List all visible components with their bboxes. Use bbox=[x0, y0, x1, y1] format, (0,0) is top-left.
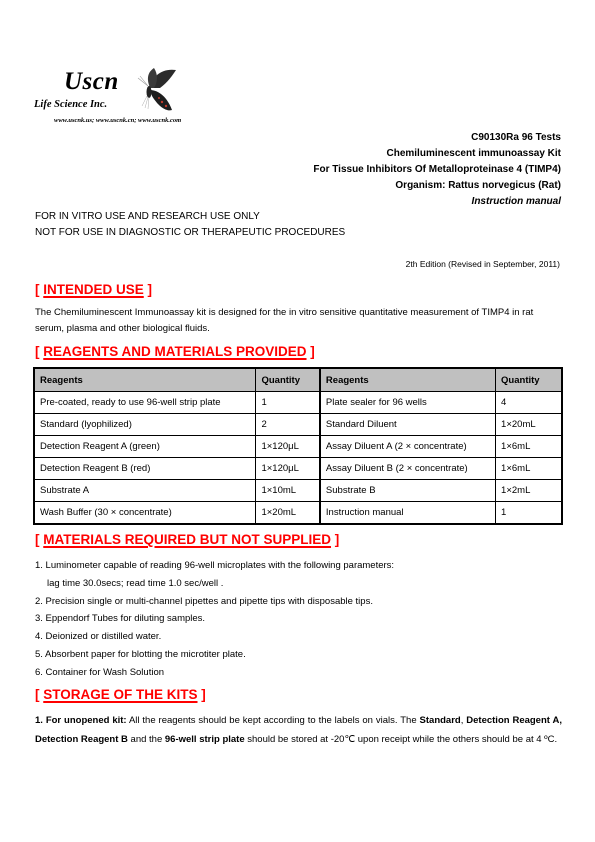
table-row: Detection Reagent B (red)1×120μLAssay Di… bbox=[35, 458, 562, 480]
section-title-reagents: [ REAGENTS AND MATERIALS PROVIDED ] bbox=[35, 344, 315, 359]
logo-urls: www.uscnk.us; www.uscnk.cn; www.uscnk.co… bbox=[54, 117, 181, 124]
intended-use-text: The Chemiluminescent Immunoassay kit is … bbox=[35, 305, 563, 337]
header-reagents: Reagents bbox=[320, 369, 496, 392]
reagent-name: Standard Diluent bbox=[320, 414, 496, 436]
materials-list: 1. Luminometer capable of reading 96-wel… bbox=[35, 557, 394, 682]
reagent-quantity: 1×10mL bbox=[256, 480, 320, 502]
list-item: 1. Luminometer capable of reading 96-wel… bbox=[35, 557, 394, 575]
table-row: Standard (lyophilized)2Standard Diluent1… bbox=[35, 414, 562, 436]
reagent-quantity: 2 bbox=[256, 414, 320, 436]
section-title-materials: [ MATERIALS REQUIRED BUT NOT SUPPLIED ] bbox=[35, 532, 339, 547]
catalog-number: C90130Ra 96 Tests bbox=[313, 130, 561, 146]
reagent-quantity: 1×2mL bbox=[496, 480, 562, 502]
header-quantity: Quantity bbox=[496, 369, 562, 392]
reagent-name: Plate sealer for 96 wells bbox=[320, 392, 496, 414]
reagent-name: Detection Reagent B (red) bbox=[35, 458, 256, 480]
notice-line-2: NOT FOR USE IN DIAGNOSTIC OR THERAPEUTIC… bbox=[35, 225, 345, 241]
list-item: 3. Eppendorf Tubes for diluting samples. bbox=[35, 610, 394, 628]
table-header-row: Reagents Quantity Reagents Quantity bbox=[35, 369, 562, 392]
section-title-intended-use: [ INTENDED USE ] bbox=[35, 282, 152, 297]
reagent-quantity: 1×120μL bbox=[256, 458, 320, 480]
edition-info: 2th Edition (Revised in September, 2011) bbox=[406, 259, 560, 269]
header-reagents: Reagents bbox=[35, 369, 256, 392]
reagent-quantity: 1×20mL bbox=[256, 502, 320, 524]
section-title-storage: [ STORAGE OF THE KITS ] bbox=[35, 687, 206, 702]
kit-type: Chemiluminescent immunoassay Kit bbox=[313, 146, 561, 162]
section-title-text: REAGENTS AND MATERIALS PROVIDED bbox=[43, 344, 306, 359]
list-item: 6. Container for Wash Solution bbox=[35, 664, 394, 682]
organism: Organism: Rattus norvegicus (Rat) bbox=[313, 178, 561, 194]
reagent-name: Instruction manual bbox=[320, 502, 496, 524]
reagent-quantity: 1×120μL bbox=[256, 436, 320, 458]
reagent-quantity: 1×6mL bbox=[496, 436, 562, 458]
list-item: 2. Precision single or multi-channel pip… bbox=[35, 593, 394, 611]
storage-paragraph: 1. For unopened kit: All the reagents sh… bbox=[35, 711, 562, 749]
reagent-name: Wash Buffer (30 × concentrate) bbox=[35, 502, 256, 524]
table-row: Substrate A1×10mLSubstrate B1×2mL bbox=[35, 480, 562, 502]
storage-lead: 1. For unopened kit: bbox=[35, 715, 127, 726]
kit-target: For Tissue Inhibitors Of Metalloproteina… bbox=[313, 162, 561, 178]
table-row: Detection Reagent A (green)1×120μLAssay … bbox=[35, 436, 562, 458]
reagent-quantity: 1 bbox=[496, 502, 562, 524]
reagent-quantity: 4 bbox=[496, 392, 562, 414]
reagent-name: Assay Diluent A (2 × concentrate) bbox=[320, 436, 496, 458]
company-logo: Uscn Life Science Inc. www.uscnk.us; www… bbox=[34, 64, 234, 130]
section-title-text: STORAGE OF THE KITS bbox=[43, 687, 197, 702]
reagent-name: Assay Diluent B (2 × concentrate) bbox=[320, 458, 496, 480]
doc-type: Instruction manual bbox=[313, 194, 561, 210]
logo-company-name: Life Science Inc. bbox=[34, 99, 107, 110]
reagent-name: Detection Reagent A (green) bbox=[35, 436, 256, 458]
table-row: Wash Buffer (30 × concentrate)1×20mLInst… bbox=[35, 502, 562, 524]
title-block: C90130Ra 96 Tests Chemiluminescent immun… bbox=[313, 130, 561, 210]
reagent-quantity: 1 bbox=[256, 392, 320, 414]
reagent-quantity: 1×20mL bbox=[496, 414, 562, 436]
list-item: 4. Deionized or distilled water. bbox=[35, 628, 394, 646]
reagent-name: Standard (lyophilized) bbox=[35, 414, 256, 436]
section-title-text: INTENDED USE bbox=[43, 282, 144, 297]
reagent-name: Pre-coated, ready to use 96-well strip p… bbox=[35, 392, 256, 414]
section-title-text: MATERIALS REQUIRED BUT NOT SUPPLIED bbox=[43, 532, 331, 547]
notice-line-1: FOR IN VITRO USE AND RESEARCH USE ONLY bbox=[35, 209, 345, 225]
reagent-name: Substrate A bbox=[35, 480, 256, 502]
usage-notice: FOR IN VITRO USE AND RESEARCH USE ONLY N… bbox=[35, 209, 345, 240]
list-item-continuation: lag time 30.0secs; read time 1.0 sec/wel… bbox=[35, 575, 394, 593]
reagents-table: Reagents Quantity Reagents Quantity Pre-… bbox=[34, 368, 562, 524]
reagent-name: Substrate B bbox=[320, 480, 496, 502]
reagent-quantity: 1×6mL bbox=[496, 458, 562, 480]
butterfly-icon bbox=[132, 66, 178, 114]
header-quantity: Quantity bbox=[256, 369, 320, 392]
table-row: Pre-coated, ready to use 96-well strip p… bbox=[35, 392, 562, 414]
logo-brand: Uscn bbox=[64, 68, 119, 96]
list-item: 5. Absorbent paper for blotting the micr… bbox=[35, 646, 394, 664]
